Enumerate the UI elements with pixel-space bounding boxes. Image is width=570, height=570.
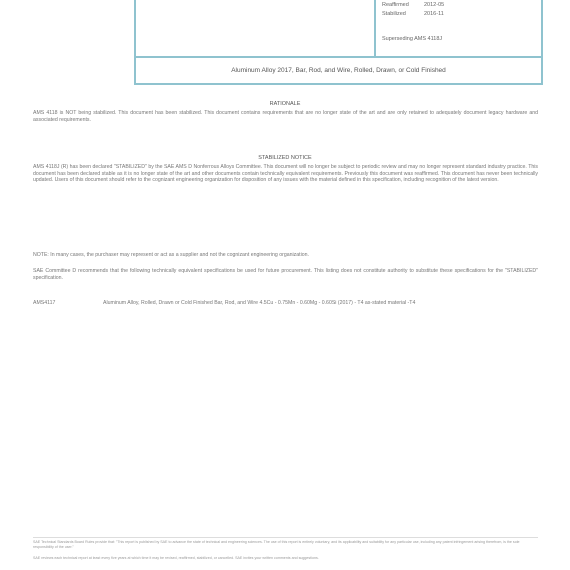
stabilized-notice-text: AMS 4118J (R) has been declared "STABILI… bbox=[33, 164, 538, 184]
meta-value: 2012-05 bbox=[424, 2, 464, 8]
supersedes-text: Superseding AMS 4118J bbox=[382, 36, 442, 42]
rationale-text: AMS 4118 is NOT being stabilized. This d… bbox=[33, 110, 538, 123]
footer-divider bbox=[33, 537, 538, 538]
document-header-box: Reaffirmed 2012-05 Stabilized 2016-11 Su… bbox=[134, 0, 543, 85]
header-meta: Reaffirmed 2012-05 Stabilized 2016-11 Su… bbox=[378, 0, 541, 56]
rationale-heading: RATIONALE bbox=[0, 101, 570, 107]
meta-row-reaffirmed: Reaffirmed 2012-05 bbox=[382, 2, 464, 8]
stabilized-notice-heading: STABILIZED NOTICE bbox=[0, 155, 570, 161]
note-text: NOTE: In many cases, the purchaser may r… bbox=[33, 252, 538, 259]
footer-review: SAE reviews each technical report at lea… bbox=[33, 556, 538, 561]
reference-row: AMS4117 Aluminum Alloy, Rolled, Drawn or… bbox=[33, 300, 538, 307]
meta-label: Stabilized bbox=[382, 11, 424, 17]
meta-value: 2016-11 bbox=[424, 11, 464, 17]
footer-terms: SAE Technical Standards Board Rules prov… bbox=[33, 540, 538, 550]
header-logo-area bbox=[136, 0, 376, 56]
document-title: Aluminum Alloy 2017, Bar, Rod, and Wire,… bbox=[136, 58, 541, 83]
meta-row-stabilized: Stabilized 2016-11 bbox=[382, 11, 464, 17]
reference-label: AMS4117 bbox=[33, 300, 103, 307]
header-top-row: Reaffirmed 2012-05 Stabilized 2016-11 Su… bbox=[136, 0, 541, 58]
committee-text: SAE Committee D recommends that the foll… bbox=[33, 268, 538, 281]
reference-text: Aluminum Alloy, Rolled, Drawn or Cold Fi… bbox=[103, 300, 538, 307]
meta-label: Reaffirmed bbox=[382, 2, 424, 8]
